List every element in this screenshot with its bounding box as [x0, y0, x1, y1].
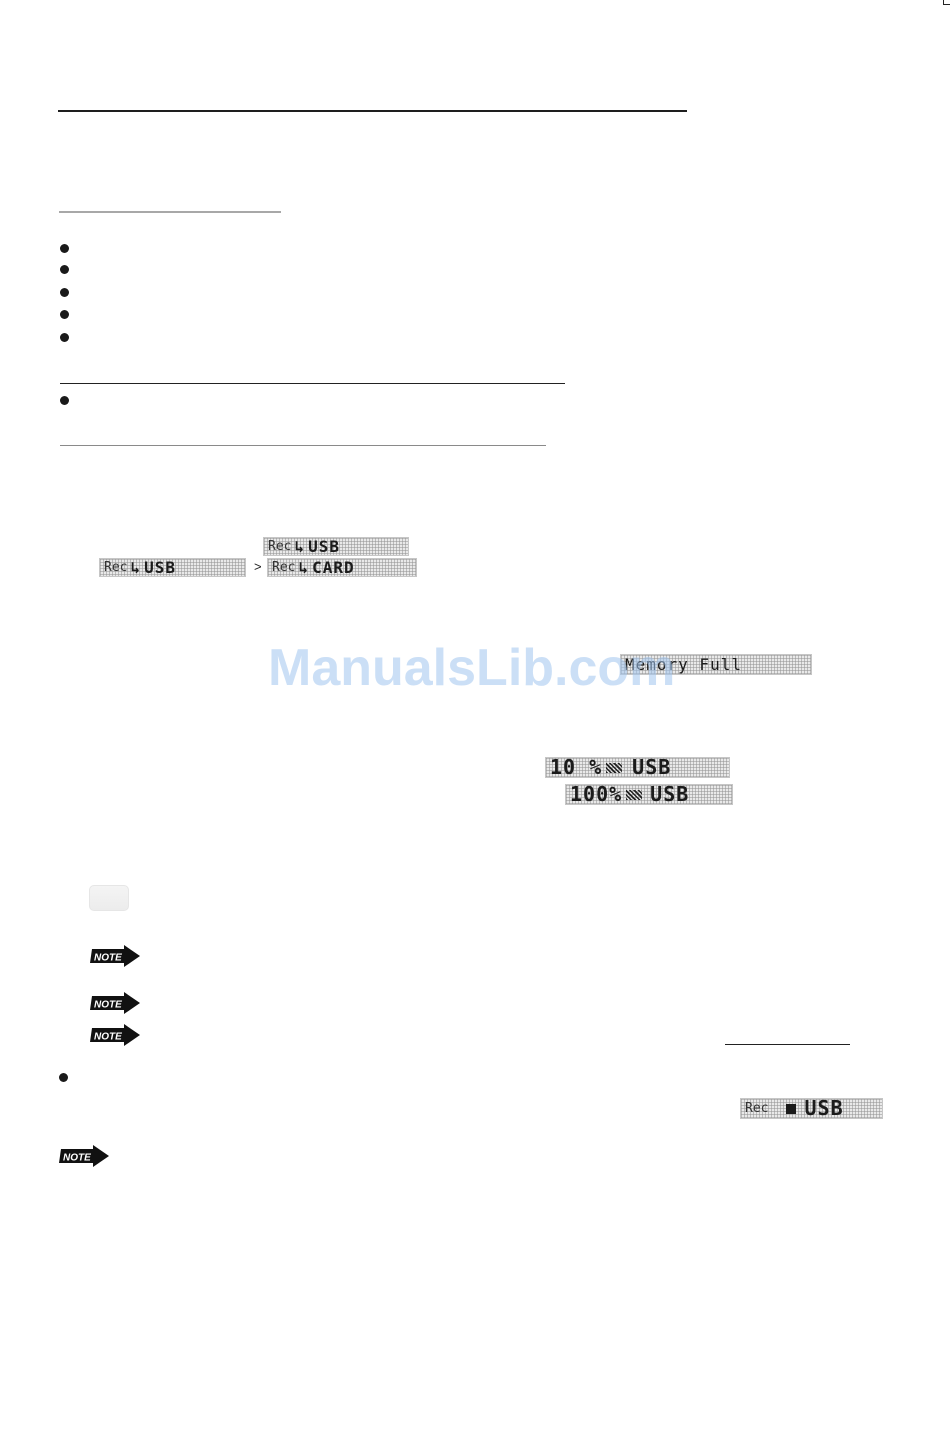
lcd-rec-usb-current: Rec↳USB: [99, 558, 246, 577]
lcd-rec-card-option: Rec↳CARD: [267, 558, 417, 577]
svg-text:NOTE: NOTE: [94, 1032, 122, 1043]
lcd-progress-100: 100%USB: [565, 784, 733, 805]
note-icon: NOTE: [59, 1145, 109, 1167]
bullet-icon: [59, 1073, 68, 1082]
section-rule-3: [60, 445, 546, 446]
progress-hatch-icon: [606, 763, 622, 773]
section-rule-2: [60, 383, 565, 384]
watermark: ManualsLib.com: [268, 638, 675, 698]
lcd-rec-stop-usb: RecUSB: [740, 1098, 883, 1119]
heading-rule: [58, 110, 687, 112]
svg-text:NOTE: NOTE: [94, 1000, 122, 1011]
note-icon: NOTE: [90, 992, 140, 1014]
route-arrow-icon: ↳: [294, 537, 305, 556]
section-rule-1: [59, 211, 281, 213]
bullet-icon: [60, 288, 69, 297]
reference-underline: [725, 1044, 850, 1045]
svg-text:NOTE: NOTE: [63, 1153, 91, 1164]
route-arrow-icon: ↳: [130, 558, 141, 577]
lcd-progress-10: 10 %USB: [545, 757, 730, 778]
progress-hatch-icon: [626, 790, 642, 800]
crop-mark: [943, 0, 950, 5]
bullet-icon: [60, 244, 69, 253]
bullet-icon: [60, 265, 69, 274]
note-icon: NOTE: [90, 945, 140, 967]
lcd-rec-usb-option: Rec↳USB: [263, 537, 409, 556]
lcd-memory-full: Memory Full: [620, 654, 812, 675]
bullet-icon: [60, 310, 69, 319]
stop-square-icon: [786, 1104, 796, 1114]
bullet-icon: [60, 333, 69, 342]
selection-separator: >: [254, 559, 262, 574]
bullet-icon: [60, 396, 69, 405]
note-icon: NOTE: [90, 1024, 140, 1046]
key-button: [89, 885, 129, 911]
svg-text:NOTE: NOTE: [94, 953, 122, 964]
route-arrow-icon: ↳: [298, 558, 309, 577]
